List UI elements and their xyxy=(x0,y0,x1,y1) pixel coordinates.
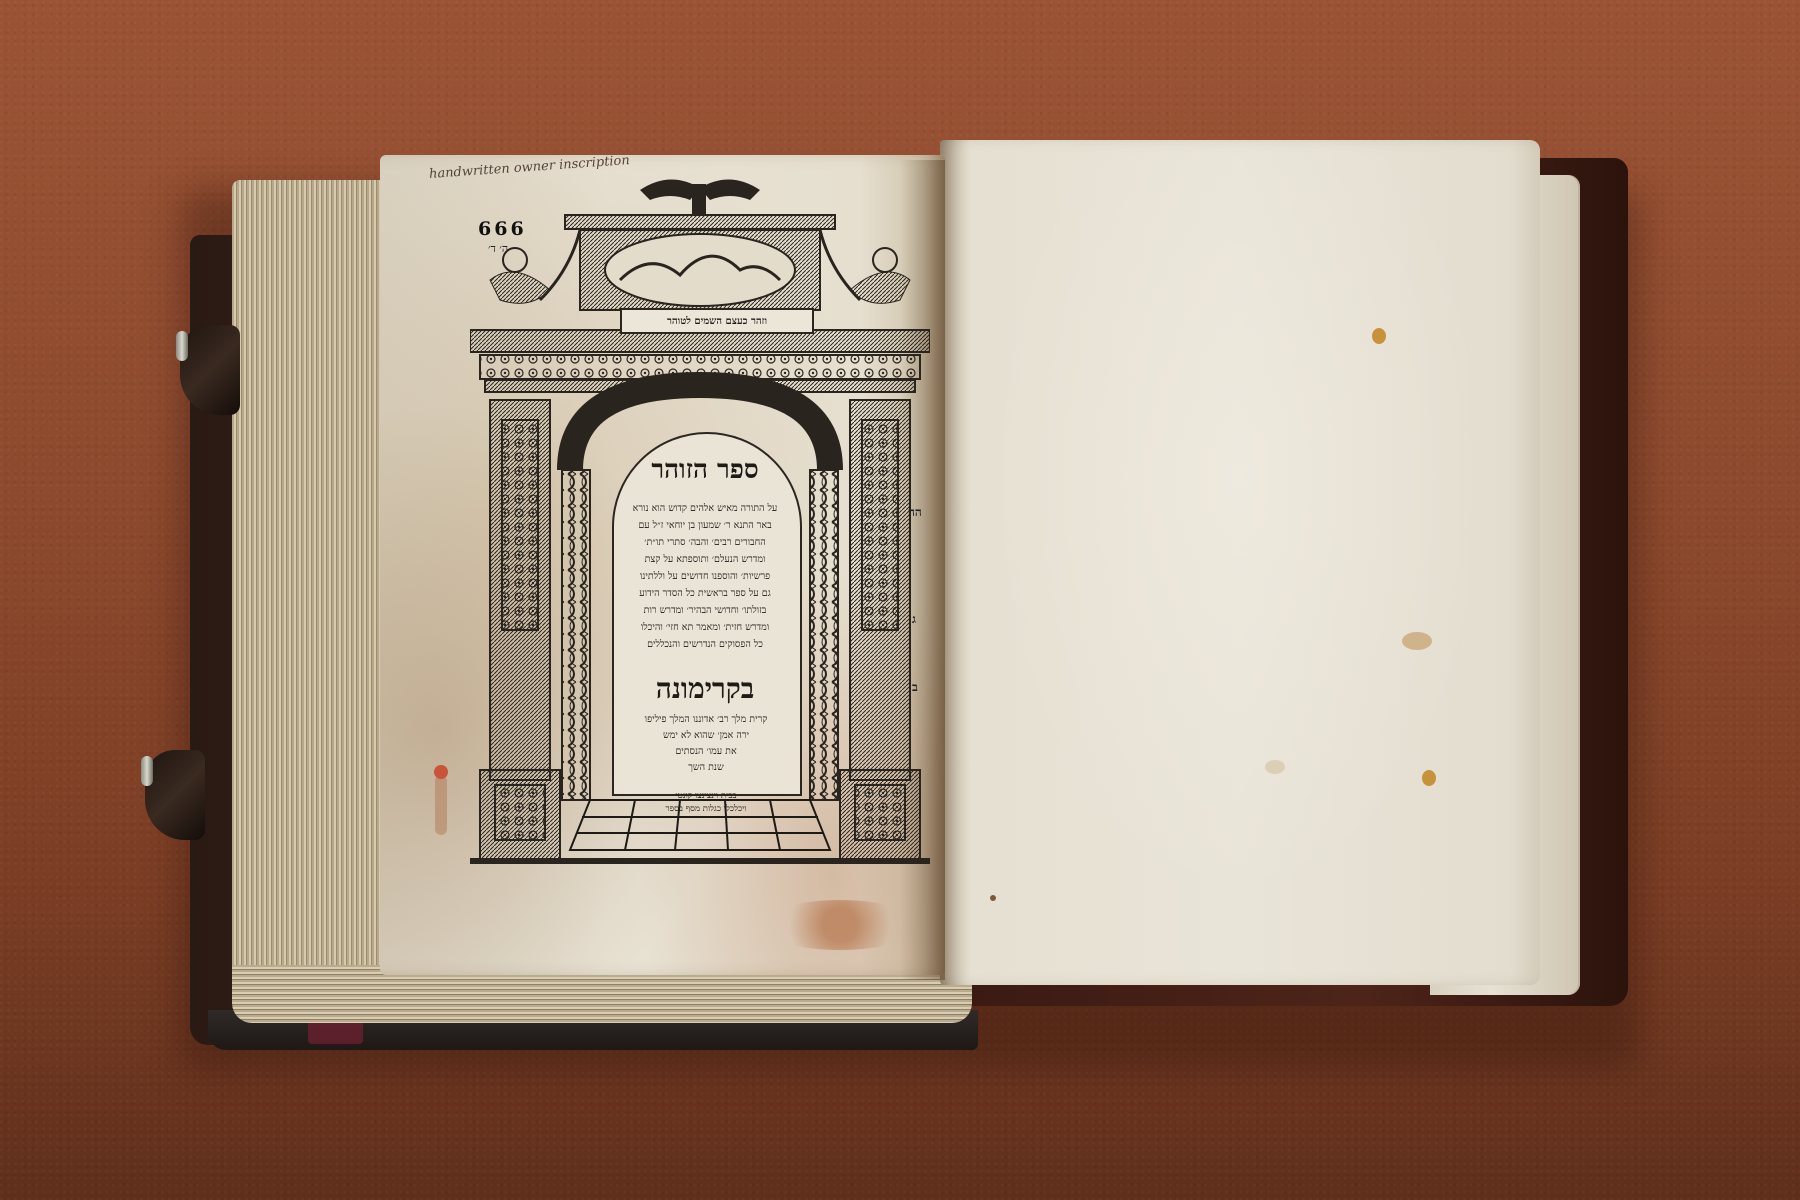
printer-line: בבית וינצינצו קונטי xyxy=(618,790,794,803)
book-title: ספר הזוהר xyxy=(612,455,798,485)
description-line: ומדרש הנעלם׳ ותוספתא על קצת xyxy=(622,551,788,568)
motto-cartouche: וזהר כעצם השמים לטוהר xyxy=(620,308,814,334)
clasp-pin xyxy=(141,756,153,786)
description-line: בזולתו׳ וחדושי הבהיר׳ ומדרש רות xyxy=(622,602,788,619)
place-of-printing: בקרימונה xyxy=(612,672,798,706)
foxing-stain xyxy=(990,895,996,901)
folio-number: 666 xyxy=(478,218,527,240)
margin-note: ב xyxy=(912,680,918,695)
description-line: החבורים רבים׳ והבה׳ סתרי תו״ת׳ xyxy=(622,534,788,551)
printer-imprint: בבית וינצינצו קונטי ויכלכלו כגלות מסף בס… xyxy=(618,790,794,816)
colophon: קרית מלך רב׳ אדוננו המלך פיליפו ירה אמן׳… xyxy=(618,712,794,776)
description-line: כל הפסוקים הנדרשים והנכללים xyxy=(622,636,788,653)
printer-line: ויכלכלו כגלות מסף בספר xyxy=(618,803,794,816)
foxing-stain xyxy=(1265,760,1285,774)
stain xyxy=(760,900,920,950)
folio-subtitle: ה׳ ד׳ xyxy=(488,242,508,255)
description-line: גם על ספר בראשית כל הסדר הידוע xyxy=(622,585,788,602)
description-line: על התורה מאיש אלהים קדוש הוא נורא xyxy=(622,500,788,517)
title-description: על התורה מאיש אלהים קדוש הוא נורא באר הת… xyxy=(622,500,788,636)
foxing-stain xyxy=(1372,328,1386,344)
motto-text: וזהר כעצם השמים לטוהר xyxy=(667,316,767,327)
foxing-stain xyxy=(1422,770,1436,786)
margin-note: ג xyxy=(912,612,916,627)
photo-scene: וזהר כעצם השמים לטוהר handwritten owner … xyxy=(0,0,1800,1200)
putto-left-icon xyxy=(490,248,550,303)
clasp-pin xyxy=(176,331,188,361)
colophon-line: ירה אמן׳ שהוא לא ימש xyxy=(618,728,794,744)
putto-right-icon xyxy=(850,248,910,303)
title-description-end: כל הפסוקים הנדרשים והנכללים xyxy=(622,636,788,653)
right-blank-page xyxy=(940,140,1540,985)
margin-note: הה xyxy=(908,505,922,520)
red-seal-stain xyxy=(434,765,448,779)
stain xyxy=(435,775,447,835)
foxing-stain xyxy=(1402,632,1432,650)
text-block-fore-edge xyxy=(232,180,402,1010)
description-line: פרשיות׳ והוספנו חדושים על וללתינו xyxy=(622,568,788,585)
description-line: ומדרש חזית׳ ומאמר תא חזי׳ והיכלו xyxy=(622,619,788,636)
colophon-line: שנת השך xyxy=(618,760,794,776)
description-line: באר התנא ר׳ שמעון בן יוחאי ז״ל עם xyxy=(622,517,788,534)
colophon-line: את עמו׳ הנסתים xyxy=(618,744,794,760)
colophon-line: קרית מלך רב׳ אדוננו המלך פיליפו xyxy=(618,712,794,728)
